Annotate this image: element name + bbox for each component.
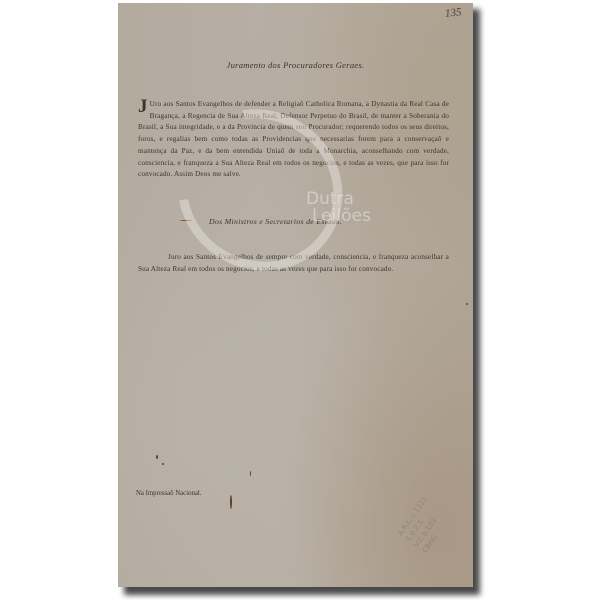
watermark-line2: Leilões [306,208,371,225]
folio-number: 135 [444,6,462,20]
foxing-speck [156,455,158,459]
foxing-speck [230,495,232,509]
document-title: Juramento dos Procuradores Geraes. [118,60,473,70]
document-page: 135 Juramento dos Procuradores Geraes. J… [118,3,473,587]
imprint-line: Na Impressaõ Nacional. [136,490,202,497]
foxing-speck [162,463,164,465]
watermark-text: Dutra Leilões [306,191,371,225]
foxing-speck [466,303,468,305]
drop-cap: J [138,99,148,114]
foxing-speck [250,471,251,476]
pencil-annotations: A.R.L. c.1321 1.0.2.1 V.C.b.103 CBHG [395,483,462,555]
